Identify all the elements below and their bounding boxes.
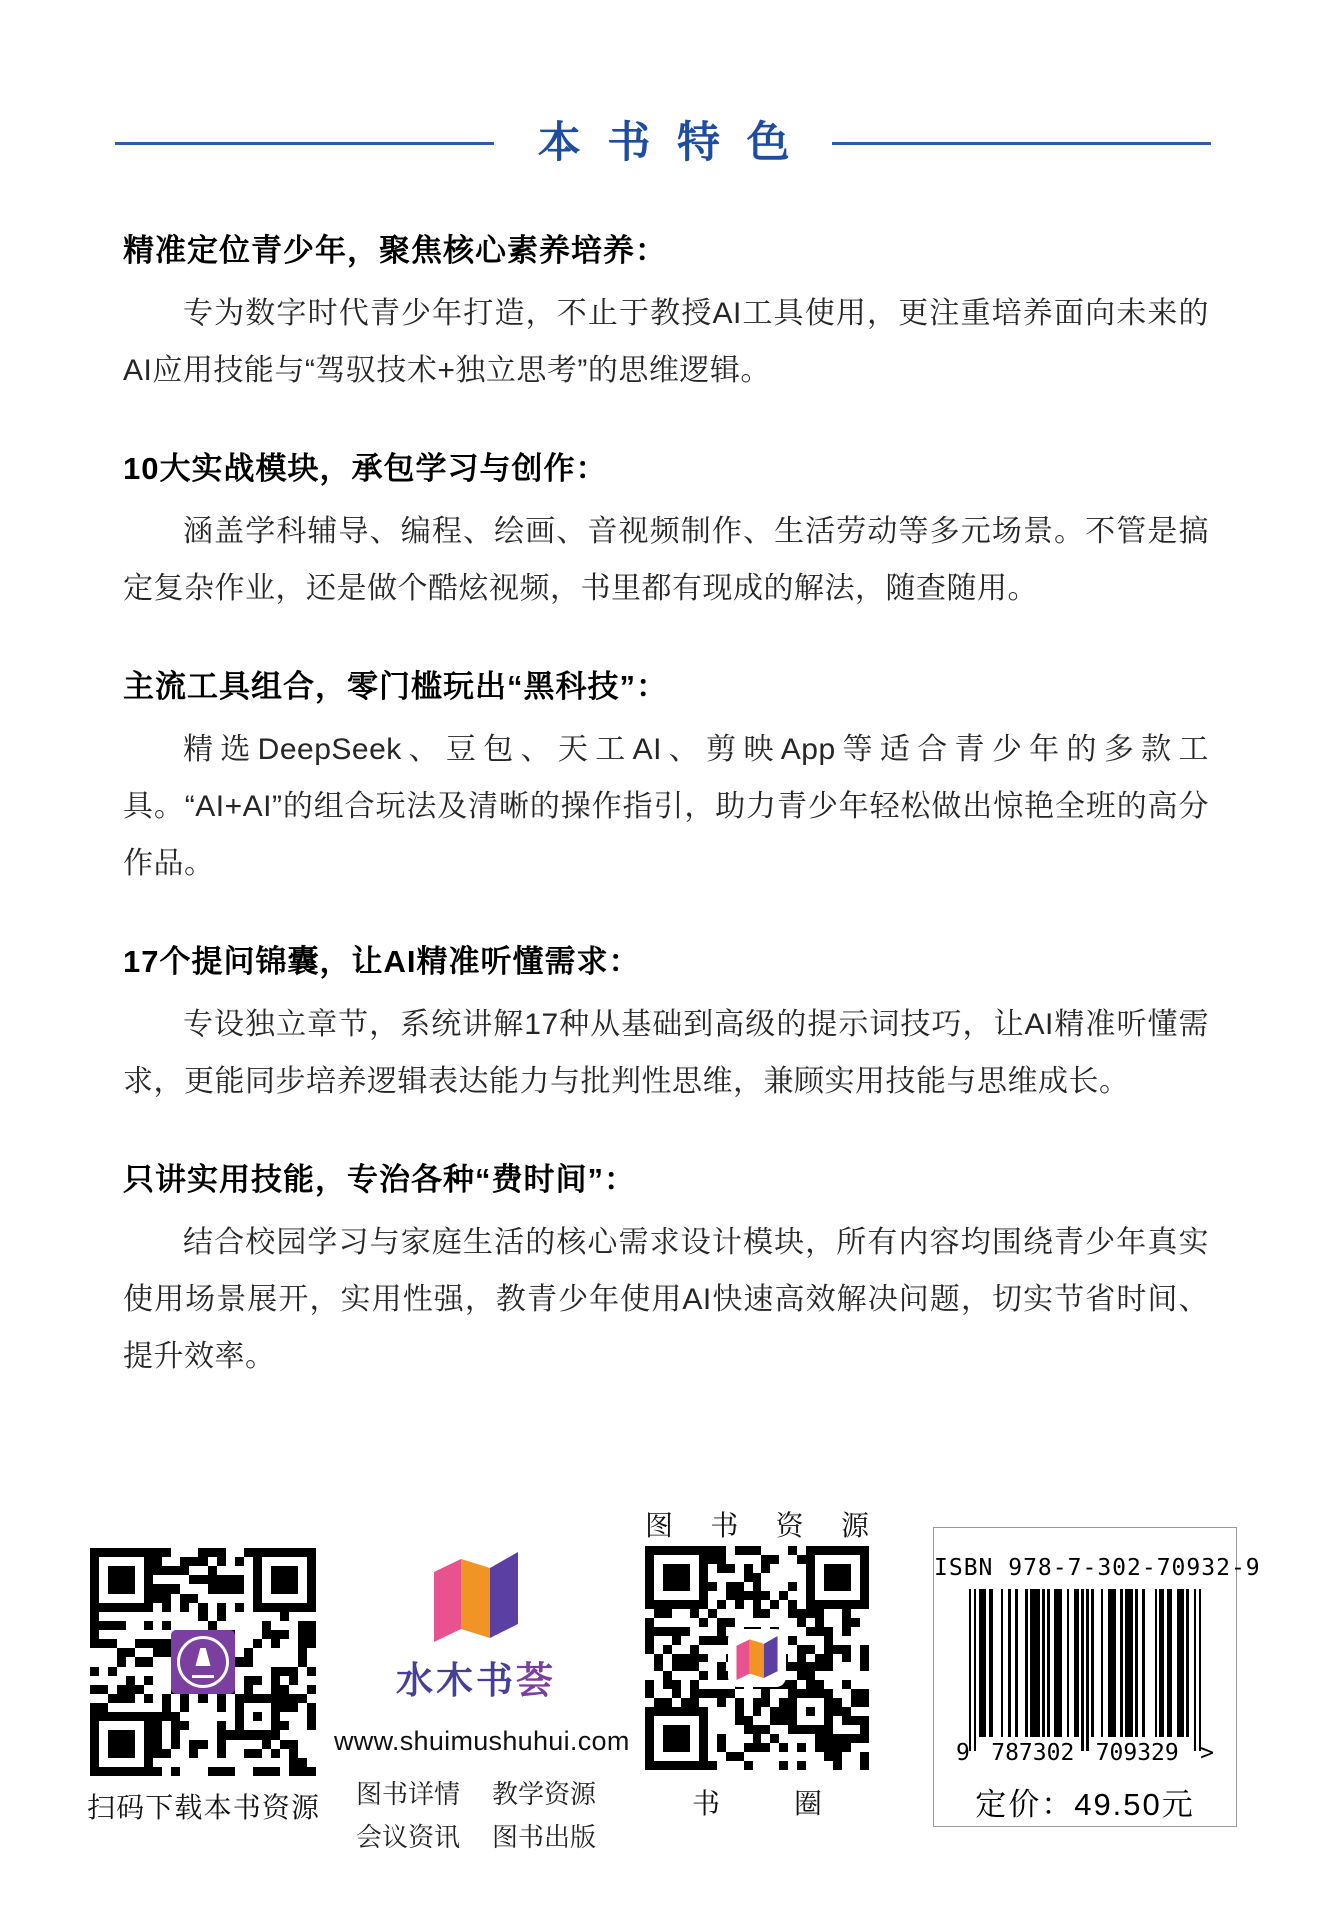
banner-line-right: [832, 142, 1211, 145]
tsinghua-press-seal-icon: [171, 1630, 235, 1694]
ean13-barcode: [969, 1589, 1201, 1737]
feature-heading: 精准定位青少年，聚焦核心素养培养：: [123, 230, 1209, 272]
barcode-arrow: >: [1200, 1740, 1214, 1766]
brand-links: 图书详情 教学资源 会议资讯 图书出版: [334, 1773, 618, 1859]
shuimushuhui-logo-icon: [432, 1552, 520, 1642]
feature-body: 精选DeepSeek、豆包、天工AI、剪映App等适合青少年的多款工具。“AI+…: [123, 721, 1209, 892]
barcode-group1: 787302: [991, 1740, 1074, 1766]
link-teaching-resources: 教学资源: [492, 1773, 596, 1816]
banner-line-left: [115, 142, 494, 145]
page-title: 本书特色: [538, 120, 817, 166]
feature-heading: 17个提问锦囊，让AI精准听懂需求：: [123, 941, 1209, 983]
feature-section: 17个提问锦囊，让AI精准听懂需求： 专设独立章节，系统讲解17种从基础到高级的…: [123, 941, 1209, 1110]
resource-qr-caption: 书圈: [692, 1782, 822, 1822]
feature-body: 专为数字时代青少年打造，不止于教授AI工具使用，更注重培养面向未来的AI应用技能…: [123, 285, 1209, 399]
features-list: 精准定位青少年，聚焦核心素养培养： 专为数字时代青少年打造，不止于教授AI工具使…: [123, 230, 1209, 1434]
resource-qr-code: [645, 1546, 869, 1770]
barcode-lead-digit: 9: [956, 1740, 970, 1766]
feature-body: 结合校园学习与家庭生活的核心需求设计模块，所有内容均围绕青少年真实使用场景展开，…: [123, 1214, 1209, 1385]
brand-name-main: 水木书: [396, 1660, 516, 1701]
link-book-publishing: 图书出版: [492, 1816, 596, 1859]
link-book-details: 图书详情: [356, 1773, 460, 1816]
download-qr-code: [90, 1548, 316, 1776]
feature-heading: 10大实战模块，承包学习与创作：: [123, 448, 1209, 490]
isbn-barcode-box: ISBN 978-7-302-70932-9 9 787302 709329 >…: [933, 1527, 1237, 1827]
isbn-label: ISBN 978-7-302-70932-9: [934, 1555, 1236, 1581]
feature-heading: 主流工具组合，零门槛玩出“黑科技”：: [123, 666, 1209, 708]
barcode-group2: 709329: [1096, 1740, 1179, 1766]
feature-body: 专设独立章节，系统讲解17种从基础到高级的提示词技巧，让AI精准听懂需求，更能同…: [123, 996, 1209, 1110]
brand-name-accent: 荟: [516, 1660, 556, 1701]
title-banner: 本书特色: [115, 120, 1211, 166]
feature-heading: 只讲实用技能，专治各种“费时间”：: [123, 1159, 1209, 1201]
feature-section: 精准定位青少年，聚焦核心素养培养： 专为数字时代青少年打造，不止于教授AI工具使…: [123, 230, 1209, 399]
brand-website: www.shuimushuhui.com: [334, 1726, 618, 1757]
feature-section: 主流工具组合，零门槛玩出“黑科技”： 精选DeepSeek、豆包、天工AI、剪映…: [123, 666, 1209, 892]
link-conference-info: 会议资讯: [356, 1816, 460, 1859]
brand-name: 水木书荟: [334, 1650, 618, 1704]
download-qr-caption: 扫码下载本书资源: [87, 1786, 319, 1826]
feature-section: 10大实战模块，承包学习与创作： 涵盖学科辅导、编程、绘画、音视频制作、生活劳动…: [123, 448, 1209, 617]
price-label: 定价：49.50元: [934, 1779, 1236, 1824]
resource-qr-title: 图书资源: [645, 1504, 869, 1538]
feature-body: 涵盖学科辅导、编程、绘画、音视频制作、生活劳动等多元场景。不管是搞定复杂作业，还…: [123, 503, 1209, 617]
mini-brand-logo-icon: [728, 1629, 786, 1687]
barcode-digits: 9 787302 709329 >: [956, 1740, 1214, 1766]
feature-section: 只讲实用技能，专治各种“费时间”： 结合校园学习与家庭生活的核心需求设计模块，所…: [123, 1159, 1209, 1385]
brand-column: 水木书荟 www.shuimushuhui.com 图书详情 教学资源 会议资讯…: [334, 1552, 618, 1859]
